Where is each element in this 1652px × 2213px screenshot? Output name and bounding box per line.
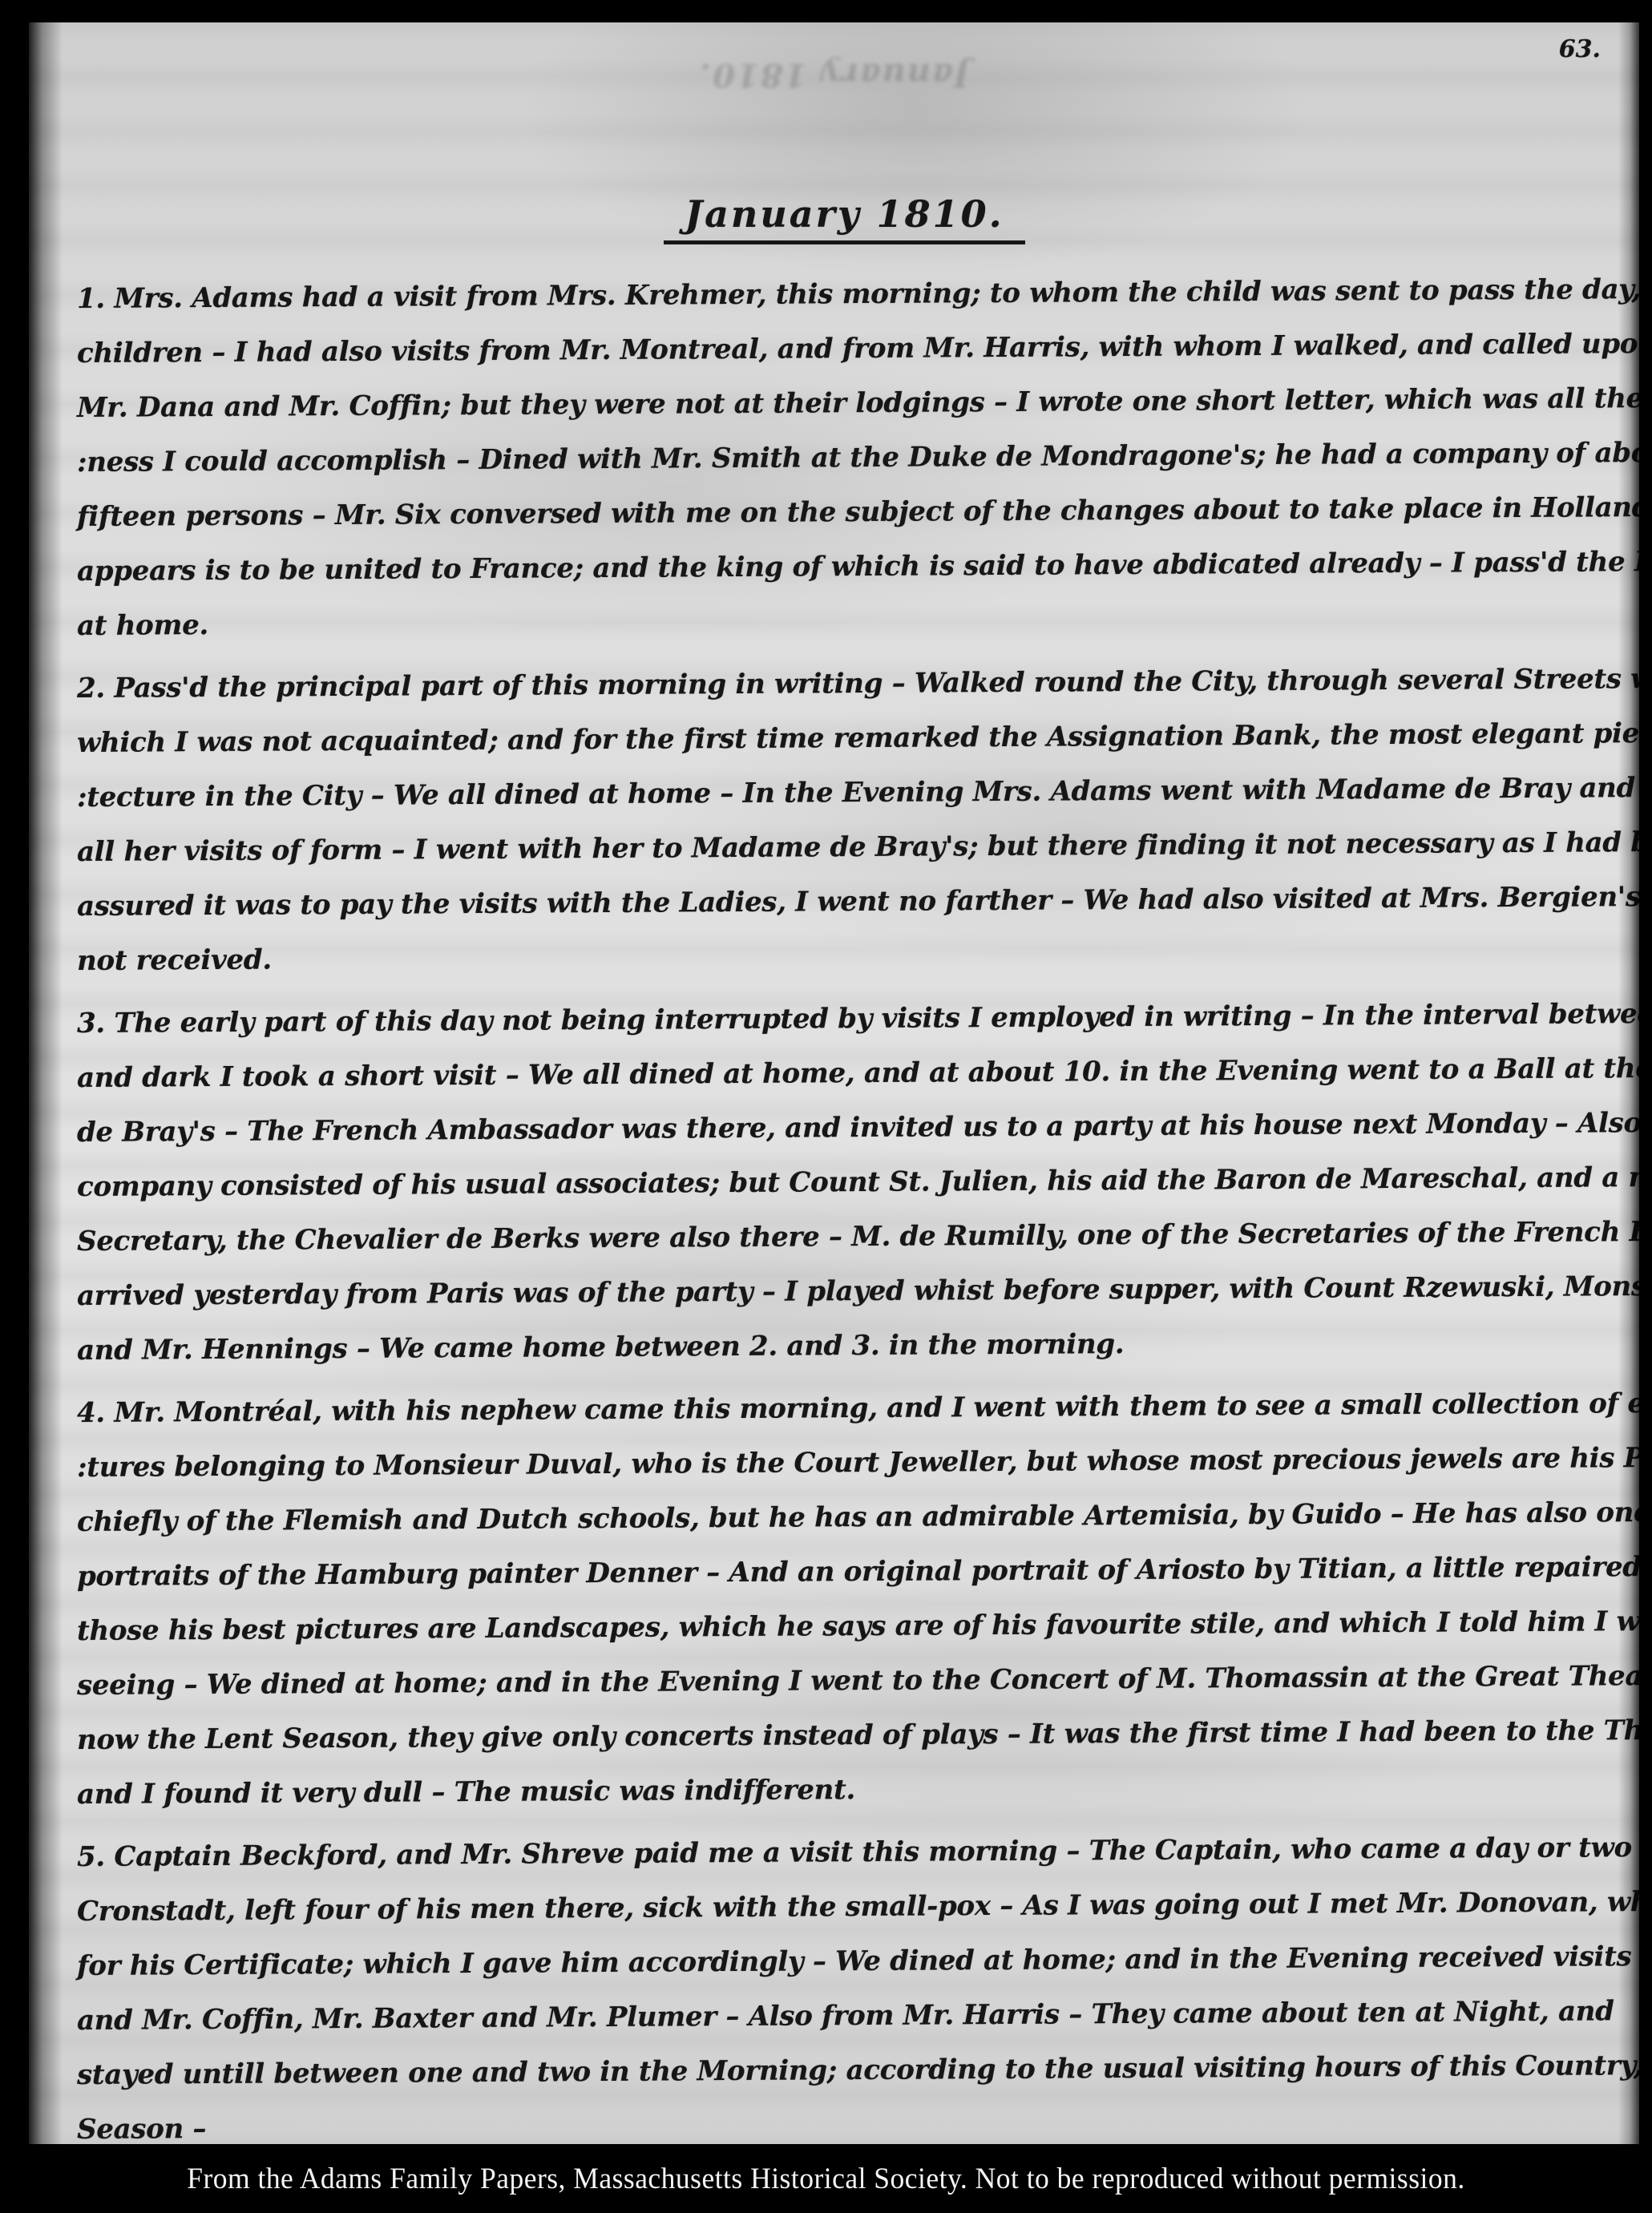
handwritten-line: 1. Mrs. Adams had a visit from Mrs. Kreh… <box>77 262 1612 326</box>
handwritten-line: :tecture in the City – We all dined at h… <box>77 761 1612 825</box>
handwritten-line: Secretary, the Chevalier de Berks were a… <box>77 1205 1612 1269</box>
page-title-text: January 1810. <box>664 192 1024 244</box>
handwritten-line: arrived yesterday from Paris was of the … <box>77 1259 1612 1323</box>
handwritten-line: assured it was to pay the visits with th… <box>77 870 1612 934</box>
handwritten-line: and Mr. Hennings – We came home between … <box>77 1314 1612 1378</box>
page-title: January 1810. <box>77 192 1612 244</box>
handwritten-line: which I was not acquainted; and for the … <box>77 706 1612 770</box>
handwritten-line: stayed untill between one and two in the… <box>77 2038 1612 2102</box>
handwritten-line: Mr. Dana and Mr. Coffin; but they were n… <box>77 371 1612 435</box>
handwritten-line: company consisted of his usual associate… <box>77 1150 1612 1214</box>
diary-entry-1: 1. Mrs. Adams had a visit from Mrs. Kreh… <box>77 272 1612 653</box>
handwritten-line: Season – <box>77 2093 1612 2144</box>
scanned-diary-page: January 1810. 63. January 1810. 1. Mrs. … <box>0 0 1652 2213</box>
handwritten-line: for his Certificate; which I gave him ac… <box>77 1929 1612 1993</box>
diary-entry-2: 2. Pass'd the principal part of this mor… <box>77 661 1612 988</box>
handwritten-line: at home. <box>77 589 1612 653</box>
handwritten-line: seeing – We dined at home; and in the Ev… <box>77 1649 1612 1713</box>
handwritten-line: all her visits of form – I went with her… <box>77 815 1612 879</box>
handwritten-line: not received. <box>77 924 1612 988</box>
diary-entry-4: 4. Mr. Montréal, with his nephew came th… <box>77 1386 1612 1822</box>
handwritten-line: and dark I took a short visit – We all d… <box>77 1041 1612 1105</box>
handwritten-line: :ness I could accomplish – Dined with Mr… <box>77 426 1612 490</box>
diary-entry-5: 5. Captain Beckford, and Mr. Shreve paid… <box>77 1830 1612 2144</box>
handwritten-line: 5. Captain Beckford, and Mr. Shreve paid… <box>77 1820 1612 1884</box>
handwritten-line: de Bray's – The French Ambassador was th… <box>77 1096 1612 1160</box>
handwritten-line: 2. Pass'd the principal part of this mor… <box>77 652 1612 716</box>
handwritten-line: and Mr. Coffin, Mr. Baxter and Mr. Plume… <box>77 1984 1612 2048</box>
diary-entry-3: 3. The early part of this day not being … <box>77 996 1612 1378</box>
handwritten-line: 4. Mr. Montréal, with his nephew came th… <box>77 1376 1612 1440</box>
attribution-footer: From the Adams Family Papers, Massachuse… <box>0 2144 1652 2213</box>
handwritten-line: 3. The early part of this day not being … <box>77 987 1612 1051</box>
handwritten-line: now the Lent Season, they give only conc… <box>77 1703 1612 1767</box>
handwritten-line: portraits of the Hamburg painter Denner … <box>77 1540 1612 1604</box>
manuscript-paper: January 1810. 63. January 1810. 1. Mrs. … <box>29 22 1639 2144</box>
handwritten-line: children – I had also visits from Mr. Mo… <box>77 317 1612 381</box>
handwritten-line: and I found it very dull – The music was… <box>77 1758 1612 1822</box>
handwritten-line: Cronstadt, left four of his men there, s… <box>77 1875 1612 1939</box>
handwritten-line: appears is to be united to France; and t… <box>77 535 1612 599</box>
handwritten-line: fifteen persons – Mr. Six conversed with… <box>77 480 1612 544</box>
attribution-text: From the Adams Family Papers, Massachuse… <box>187 2162 1464 2196</box>
handwritten-line: :tures belonging to Monsieur Duval, who … <box>77 1431 1612 1495</box>
diary-content: January 1810. 1. Mrs. Adams had a visit … <box>77 22 1612 2144</box>
handwritten-line: those his best pictures are Landscapes, … <box>77 1594 1612 1658</box>
handwritten-line: chiefly of the Flemish and Dutch schools… <box>77 1485 1612 1549</box>
